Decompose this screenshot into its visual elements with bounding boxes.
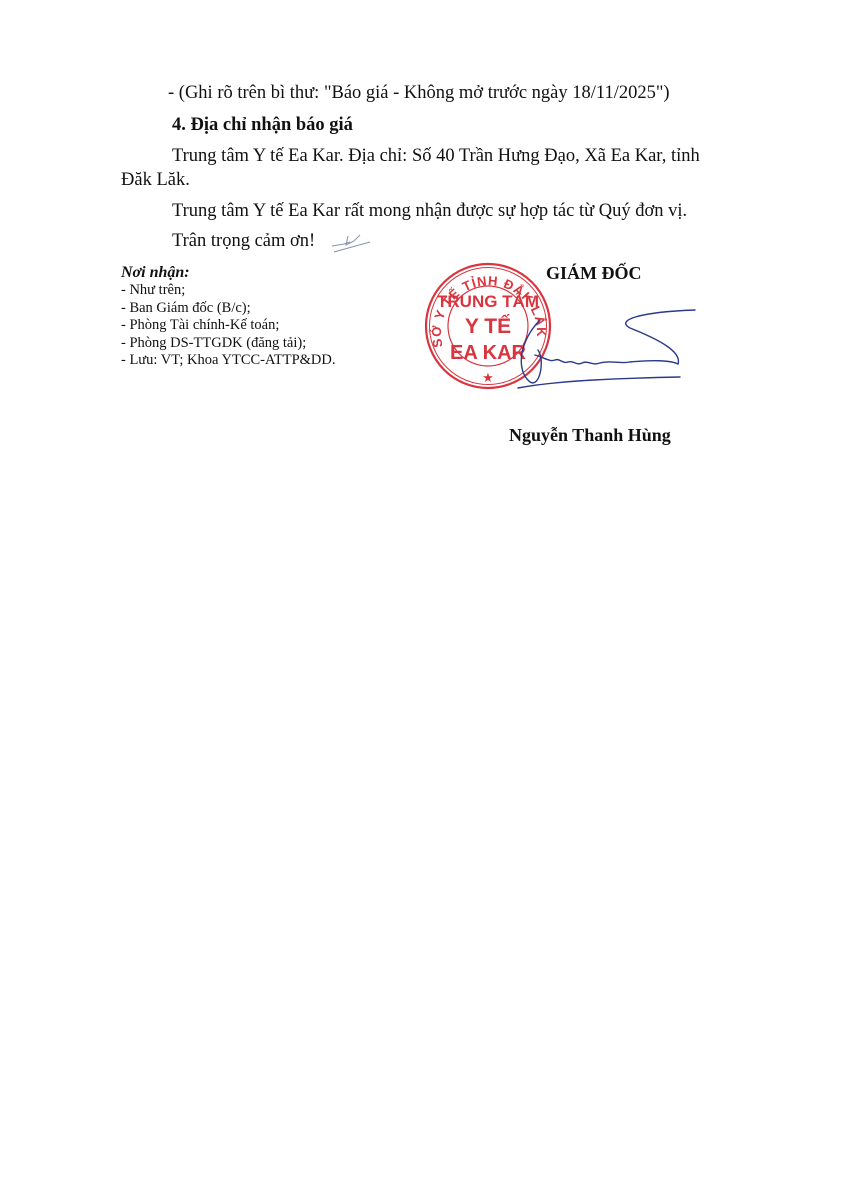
initial-mark-icon bbox=[330, 232, 372, 254]
recipient-item: - Như trên; bbox=[121, 282, 335, 300]
star-icon: ★ bbox=[482, 370, 494, 385]
recipients-label: Nơi nhận: bbox=[121, 264, 335, 282]
address-line-1: Trung tâm Y tế Ea Kar. Địa chỉ: Số 40 Tr… bbox=[172, 146, 700, 167]
thanks-text: Trân trọng cảm ơn! bbox=[172, 231, 315, 252]
recipient-item: - Phòng Tài chính-Kế toán; bbox=[121, 317, 335, 335]
signer-name: Nguyễn Thanh Hùng bbox=[509, 425, 671, 446]
signer-title: GIÁM ĐỐC bbox=[546, 263, 642, 284]
address-line-2: Đăk Lăk. bbox=[121, 170, 190, 191]
section-heading-address: 4. Địa chỉ nhận báo giá bbox=[172, 115, 353, 136]
cooperation-text: Trung tâm Y tế Ea Kar rất mong nhận được… bbox=[172, 201, 687, 222]
recipients-list: Nơi nhận: - Như trên; - Ban Giám đốc (B/… bbox=[121, 264, 335, 370]
envelope-note: - (Ghi rõ trên bì thư: "Báo giá - Không … bbox=[168, 83, 670, 104]
recipient-item: - Ban Giám đốc (B/c); bbox=[121, 300, 335, 318]
recipient-item: - Lưu: VT; Khoa YTCC-ATTP&DD. bbox=[121, 352, 335, 370]
handwritten-signature bbox=[500, 300, 710, 395]
recipient-item: - Phòng DS-TTGDK (đăng tải); bbox=[121, 335, 335, 353]
